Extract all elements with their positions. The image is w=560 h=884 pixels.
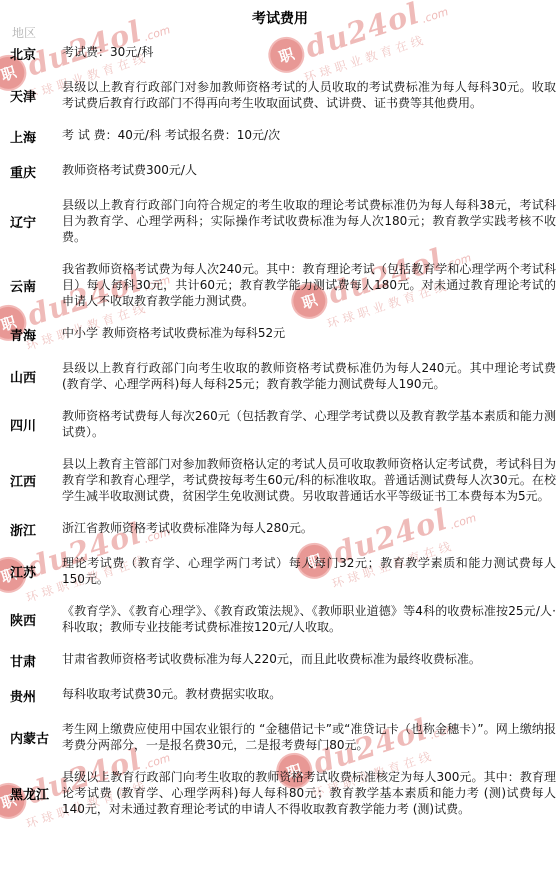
document-page: 职du24ol.com环球职业教育在线 职du24ol.com环球职业教育在线 …	[0, 0, 560, 884]
table-row: 天津县级以上教育行政部门对参加教师资格考试的人员收取的考试费标准为每人每科30元…	[10, 77, 556, 125]
region-label: 江苏	[10, 553, 60, 601]
table-row: 山西县级以上教育行政部门向考生收取的教师资格考试费标准仍为每人240元。其中理论…	[10, 358, 556, 406]
region-label: 重庆	[10, 160, 60, 195]
table-row: 陕西《教育学》、《教育心理学》、《教育政策法规》、《教师职业道德》等4科的收费标…	[10, 601, 556, 649]
fee-text: 县以上教育主管部门对参加教师资格认定的考试人员可收取教师资格认定考试费，考试科目…	[60, 454, 556, 518]
fee-text: 浙江省教师资格考试收费标准降为每人280元。	[60, 518, 556, 553]
table-row: 内蒙古考生网上缴费应使用中国农业银行的 “金穗借记卡”或“准贷记卡（也称金穗卡）…	[10, 719, 556, 767]
fee-text: 理论考试费（教育学、心理学两门考试）每人每门32元；教育教学素质和能力测试费每人…	[60, 553, 556, 601]
fee-text: 考生网上缴费应使用中国农业银行的 “金穗借记卡”或“准贷记卡（也称金穗卡）”。网…	[60, 719, 556, 767]
table-row: 上海考 试 费：40元/科 考试报名费：10元/次	[10, 125, 556, 160]
table-row: 辽宁县级以上教育行政部门向符合规定的考生收取的理论考试费标准仍为每人每科38元，…	[10, 195, 556, 259]
fee-text: 县级以上教育行政部门向考生收取的教师资格考试收费标准核定为每人300元。其中：教…	[60, 767, 556, 831]
table-row: 重庆教师资格考试费300元/人	[10, 160, 556, 195]
fee-text: 县级以上教育行政部门向考生收取的教师资格考试费标准仍为每人240元。其中理论考试…	[60, 358, 556, 406]
region-label: 上海	[10, 125, 60, 160]
fee-text: 每科收取考试费30元。教材费据实收取。	[60, 684, 556, 719]
page-title: 考试费用	[0, 0, 560, 28]
region-label: 内蒙古	[10, 719, 60, 767]
fee-text: 考试费：30元/科	[60, 42, 556, 77]
table-row: 黑龙江县级以上教育行政部门向考生收取的教师资格考试收费标准核定为每人300元。其…	[10, 767, 556, 831]
table-row: 青海中小学 教师资格考试收费标准为每科52元	[10, 323, 556, 358]
fee-text: 我省教师资格考试费为每人次240元。其中：教育理论考试（包括教育学和心理学两个考…	[60, 259, 556, 323]
table-row: 浙江浙江省教师资格考试收费标准降为每人280元。	[10, 518, 556, 553]
region-label: 陕西	[10, 601, 60, 649]
region-column-header: 地区	[12, 24, 36, 41]
fee-text: 中小学 教师资格考试收费标准为每科52元	[60, 323, 556, 358]
fee-text: 县级以上教育行政部门对参加教师资格考试的人员收取的考试费标准为每人每科30元。收…	[60, 77, 556, 125]
table-row: 四川教师资格考试费每人每次260元（包括教育学、心理学考试费以及教育教学基本素质…	[10, 406, 556, 454]
region-label: 甘肃	[10, 649, 60, 684]
region-label: 天津	[10, 77, 60, 125]
fee-text: 考 试 费：40元/科 考试报名费：10元/次	[60, 125, 556, 160]
region-label: 辽宁	[10, 195, 60, 259]
fee-text: 《教育学》、《教育心理学》、《教育政策法规》、《教师职业道德》等4科的收费标准按…	[60, 601, 556, 649]
region-label: 黑龙江	[10, 767, 60, 831]
region-label: 青海	[10, 323, 60, 358]
table-row: 江苏理论考试费（教育学、心理学两门考试）每人每门32元；教育教学素质和能力测试费…	[10, 553, 556, 601]
region-label: 贵州	[10, 684, 60, 719]
table-row: 甘肃甘肃省教师资格考试收费标准为每人220元，而且此收费标准为最终收费标准。	[10, 649, 556, 684]
table-row: 贵州每科收取考试费30元。教材费据实收取。	[10, 684, 556, 719]
fee-text: 县级以上教育行政部门向符合规定的考生收取的理论考试费标准仍为每人每科38元，考试…	[60, 195, 556, 259]
region-label: 四川	[10, 406, 60, 454]
region-label: 云南	[10, 259, 60, 323]
region-label: 山西	[10, 358, 60, 406]
table-row: 江西县以上教育主管部门对参加教师资格认定的考试人员可收取教师资格认定考试费，考试…	[10, 454, 556, 518]
table-row: 云南我省教师资格考试费为每人次240元。其中：教育理论考试（包括教育学和心理学两…	[10, 259, 556, 323]
region-label: 北京	[10, 42, 60, 77]
region-label: 浙江	[10, 518, 60, 553]
fee-text: 教师资格考试费300元/人	[60, 160, 556, 195]
fee-table: 北京考试费：30元/科 天津县级以上教育行政部门对参加教师资格考试的人员收取的考…	[10, 42, 556, 831]
fee-text: 教师资格考试费每人每次260元（包括教育学、心理学考试费以及教育教学基本素质和能…	[60, 406, 556, 454]
region-label: 江西	[10, 454, 60, 518]
fee-text: 甘肃省教师资格考试收费标准为每人220元，而且此收费标准为最终收费标准。	[60, 649, 556, 684]
table-row: 北京考试费：30元/科	[10, 42, 556, 77]
